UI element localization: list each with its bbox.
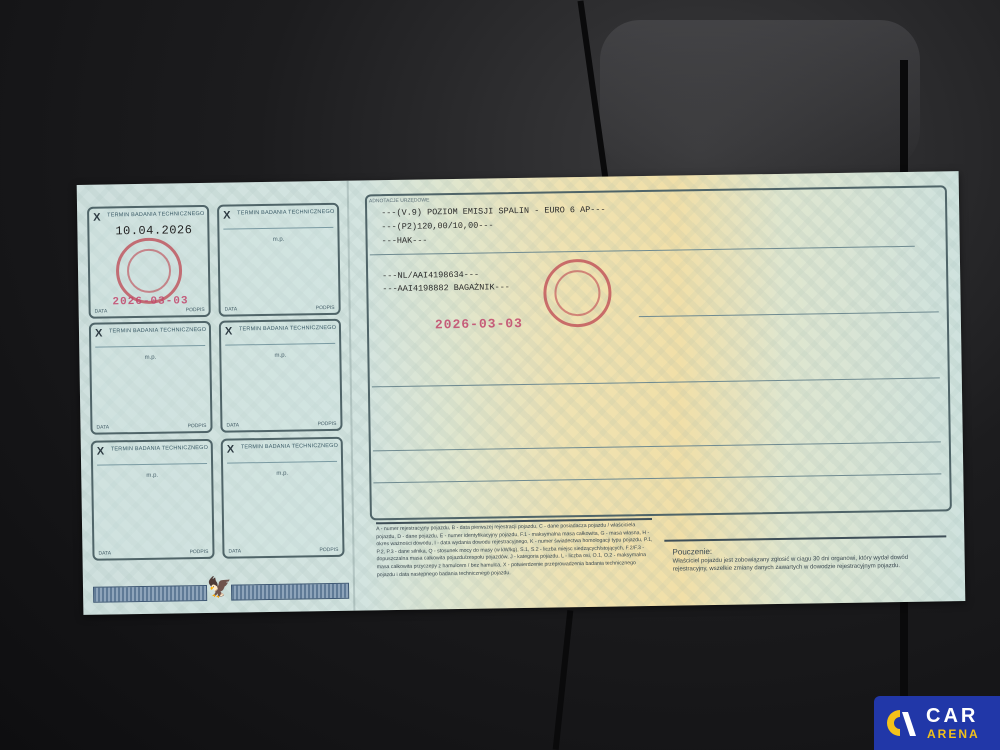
seat-seam <box>553 610 574 750</box>
signature-label: PODPIS <box>186 307 205 313</box>
x-mark: X <box>93 212 101 224</box>
official-stamp <box>116 237 183 304</box>
inspection-box: XTERMIN BADANIA TECHNICZNEGOm.p.DATAPODP… <box>219 319 343 433</box>
annotation-entry: ---NL/AAI4198634--- <box>382 270 479 282</box>
stamp-date: 2026-03-03 <box>112 295 188 308</box>
mp-label: m.p. <box>221 352 339 360</box>
stamp-date: 2026-03-03 <box>435 316 523 332</box>
signature-label: PODPIS <box>188 423 207 429</box>
x-mark: X <box>95 328 103 340</box>
annotation-entry: ---AAI4198882 BAGAŻNIK--- <box>382 282 510 294</box>
notice-title: Pouczenie: <box>672 547 712 557</box>
divider-line <box>225 343 335 346</box>
logo-text-car: CAR <box>926 705 978 728</box>
page-fold <box>347 181 356 611</box>
signature-label: PODPIS <box>319 547 338 553</box>
mp-label: m.p. <box>220 236 338 244</box>
car-arena-logo: CAR ARENA <box>874 696 1000 750</box>
seat-cushion-highlight <box>600 20 920 170</box>
annotation-entry: ---(P2)120,00/10,00--- <box>381 220 493 232</box>
annotations-frame <box>365 185 952 520</box>
box-header: TERMIN BADANIA TECHNICZNEGO <box>239 325 336 333</box>
box-header: TERMIN BADANIA TECHNICZNEGO <box>107 211 204 219</box>
next-inspection-date: 10.04.2026 <box>115 223 192 238</box>
inspection-box: XTERMIN BADANIA TECHNICZNEGOm.p.DATAPODP… <box>217 203 341 317</box>
mp-label: m.p. <box>91 354 209 362</box>
x-mark: X <box>97 446 105 458</box>
box-header: TERMIN BADANIA TECHNICZNEGO <box>111 445 208 453</box>
x-mark: X <box>223 210 231 222</box>
inspection-boxes: XTERMIN BADANIA TECHNICZNEGO10.04.2026DA… <box>77 171 959 185</box>
security-strip-right <box>231 583 349 601</box>
date-label: DATA <box>225 306 238 312</box>
logo-text-arena: ARENA <box>927 727 980 741</box>
date-label: DATA <box>95 308 108 314</box>
inspection-box: XTERMIN BADANIA TECHNICZNEGOm.p.DATAPODP… <box>91 439 215 561</box>
date-label: DATA <box>226 422 239 428</box>
notice-divider <box>664 535 946 541</box>
security-strip-left <box>93 585 207 603</box>
annotation-entry: ---HAK--- <box>382 235 428 246</box>
car-arena-mark-icon <box>886 708 916 738</box>
signature-label: PODPIS <box>316 305 335 311</box>
date-label: DATA <box>98 550 111 556</box>
x-mark: X <box>225 326 233 338</box>
field-legend: A - numer rejestracyjny pojazdu, B - dat… <box>376 522 655 580</box>
signature-label: PODPIS <box>190 549 209 555</box>
inspection-box: XTERMIN BADANIA TECHNICZNEGOm.p.DATAPODP… <box>221 437 345 559</box>
inspection-box: XTERMIN BADANIA TECHNICZNEGOm.p.DATAPODP… <box>89 321 213 435</box>
inspection-box: XTERMIN BADANIA TECHNICZNEGO10.04.2026DA… <box>87 205 211 319</box>
date-label: DATA <box>96 424 109 430</box>
eagle-emblem-icon: 🦅 <box>207 575 232 600</box>
vehicle-registration-document: XTERMIN BADANIA TECHNICZNEGO10.04.2026DA… <box>77 171 966 615</box>
mp-label: m.p. <box>223 470 341 478</box>
box-header: TERMIN BADANIA TECHNICZNEGO <box>109 327 206 335</box>
divider-line <box>223 227 333 230</box>
signature-label: PODPIS <box>318 421 337 427</box>
mp-label: m.p. <box>93 472 211 480</box>
notice-text: Właściciel pojazdu jest zobowiązany zgło… <box>673 553 943 573</box>
divider-line <box>227 461 337 464</box>
date-label: DATA <box>228 548 241 554</box>
box-header: TERMIN BADANIA TECHNICZNEGO <box>241 443 338 451</box>
box-header: TERMIN BADANIA TECHNICZNEGO <box>237 209 334 217</box>
divider-line <box>97 463 207 466</box>
x-mark: X <box>227 444 235 456</box>
divider-line <box>95 345 205 348</box>
